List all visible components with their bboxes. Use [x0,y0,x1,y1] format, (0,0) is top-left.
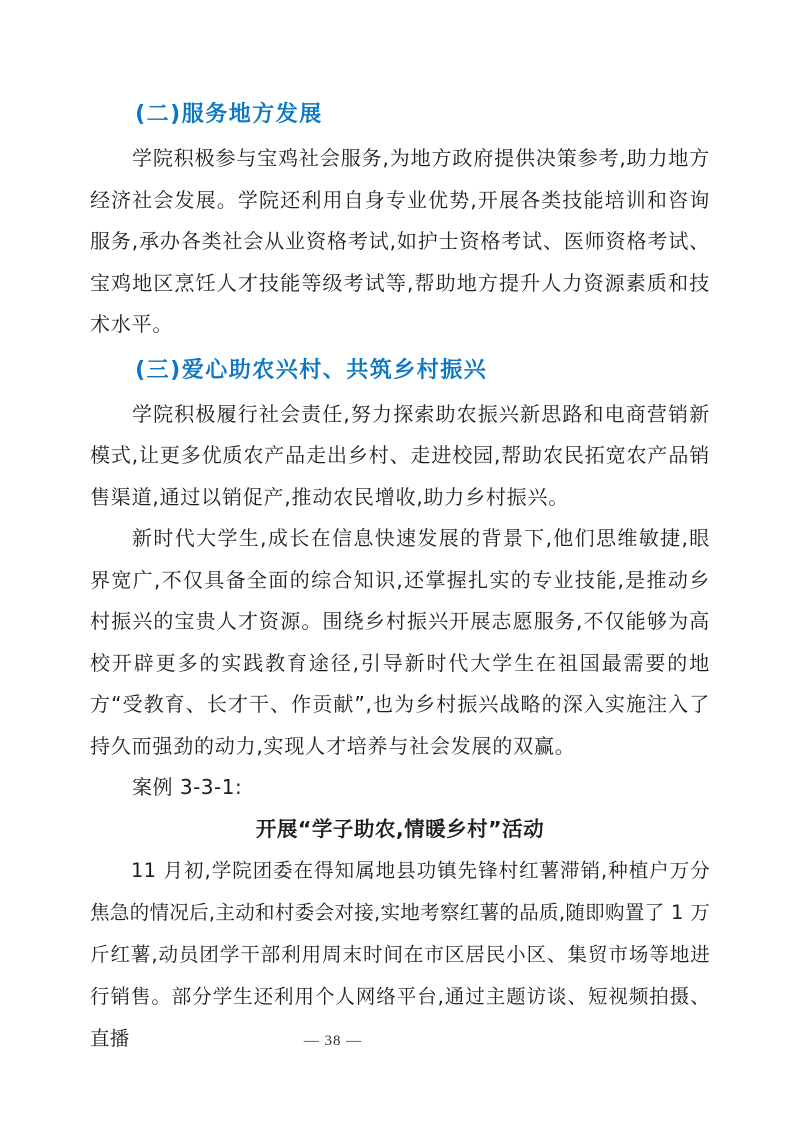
page-number: — 38 — [304,1033,363,1049]
paragraph-rural-1: 学院积极履行社会责任,努力探索助农振兴新思路和电商营销新模式,让更多优质农产品走… [90,394,710,519]
paragraph-rural-2: 新时代大学生,成长在信息快速发展的背景下,他们思维敏捷,眼界宽广,不仅具备全面的… [90,518,710,767]
section-heading-service-local: (二)服务地方发展 [90,98,710,132]
document-page: (二)服务地方发展 学院积极参与宝鸡社会服务,为地方政府提供决策参考,助力地方经… [0,0,800,1132]
case-paragraph: 11 月初,学院团委在得知属地县功镇先锋村红薯滞销,种植户万分焦急的情况后,主动… [90,850,710,1060]
section-heading-rural-revitalization: (三)爱心助农兴村、共筑乡村振兴 [90,354,710,388]
case-label: 案例 3-3-1: [90,767,710,809]
document-content: (二)服务地方发展 学院积极参与宝鸡社会服务,为地方政府提供决策参考,助力地方经… [90,98,710,1060]
page-footer: — 38 — [0,1030,666,1052]
case-title: 开展“学子助农,情暖乡村”活动 [90,809,710,851]
paragraph-service-local: 学院积极参与宝鸡社会服务,为地方政府提供决策参考,助力地方经济社会发展。学院还利… [90,138,710,346]
